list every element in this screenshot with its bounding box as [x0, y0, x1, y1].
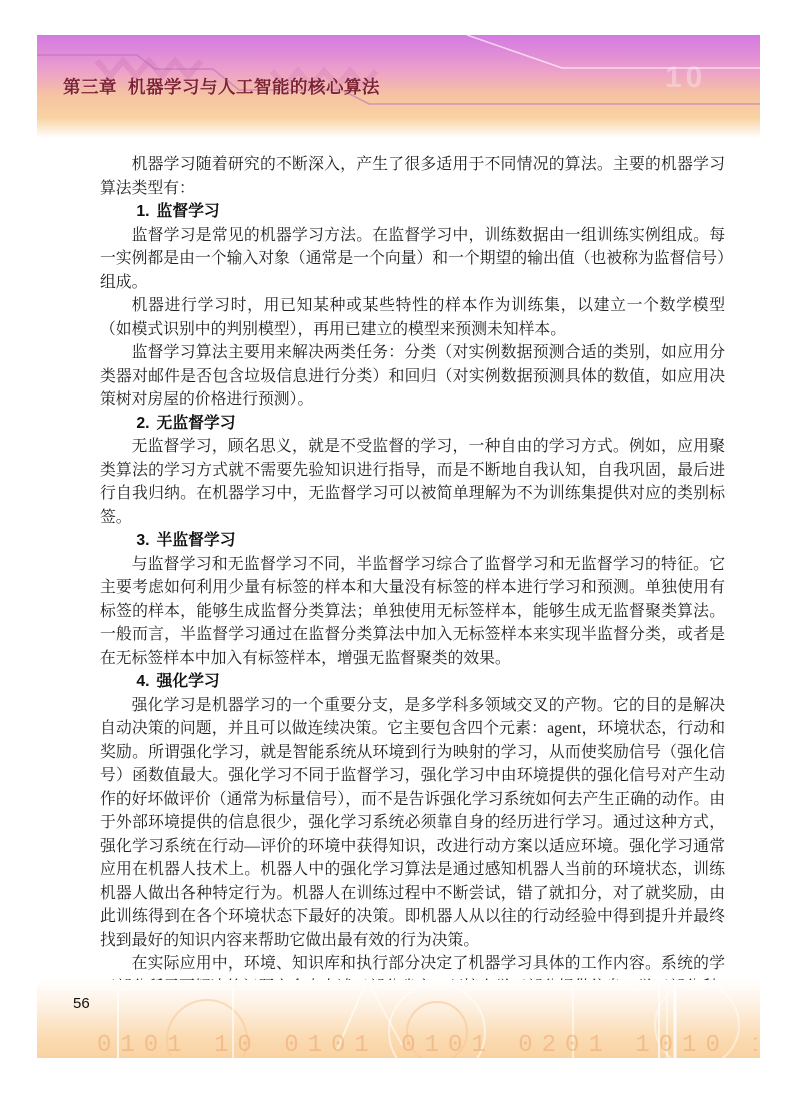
- chapter-title-row: 第三章机器学习与人工智能的核心算法: [63, 74, 380, 99]
- section-3-number: 3.: [136, 532, 149, 549]
- section-1-paragraph-1: 监督学习是常见的机器学习方法。在监督学习中，训练数据由一组训练实例组成。每一实例…: [100, 224, 725, 295]
- chapter-title: 机器学习与人工智能的核心算法: [128, 77, 380, 97]
- section-1-paragraph-3: 监督学习算法主要用来解决两类任务：分类（对实例数据预测合适的类别，如应用分类器对…: [100, 341, 725, 412]
- binary-pattern-decoration: 0101 10 0101 0101 0201 1010 1000 1: [97, 1034, 757, 1058]
- section-4-title: 强化学习: [157, 673, 220, 690]
- section-3-title: 半监督学习: [157, 532, 236, 549]
- section-2-title: 无监督学习: [157, 415, 236, 432]
- section-3-paragraph-1: 与监督学习和无监督学习不同，半监督学习综合了监督学习和无监督学习的特征。它主要考…: [100, 553, 725, 671]
- section-1-heading: 1.监督学习: [100, 200, 725, 224]
- section-2-number: 2.: [136, 415, 149, 432]
- intro-paragraph: 机器学习随着研究的不断深入，产生了很多适用于不同情况的算法。主要的机器学习算法类…: [100, 153, 725, 200]
- section-4-heading: 4.强化学习: [100, 670, 725, 694]
- book-page: 10 第三章机器学习与人工智能的核心算法 机器学习随着研究的不断深入，产生了很多…: [0, 0, 800, 1094]
- chapter-number: 第三章: [63, 77, 117, 97]
- section-4-paragraph-1: 强化学习是机器学习的一个重要分支，是多学科多领域交叉的产物。它的目的是解决自动决…: [100, 694, 725, 953]
- section-4-number: 4.: [136, 673, 149, 690]
- section-1-number: 1.: [136, 203, 149, 220]
- page-number: 56: [73, 995, 90, 1012]
- page-content: 机器学习随着研究的不断深入，产生了很多适用于不同情况的算法。主要的机器学习算法类…: [100, 153, 725, 999]
- section-1-paragraph-2: 机器进行学习时，用已知某种或某些特性的样本作为训练集，以建立一个数学模型（如模式…: [100, 294, 725, 341]
- section-3-heading: 3.半监督学习: [100, 529, 725, 553]
- section-2-paragraph-1: 无监督学习，顾名思义，就是不受监督的学习，一种自由的学习方式。例如，应用聚类算法…: [100, 435, 725, 529]
- svg-text:10: 10: [665, 61, 706, 94]
- section-1-title: 监督学习: [157, 203, 220, 220]
- chapter-header-band: 10 第三章机器学习与人工智能的核心算法: [37, 35, 760, 138]
- section-2-heading: 2.无监督学习: [100, 412, 725, 436]
- page-footer-band: 0101 10 0101 0101 0201 1010 1000 1: [37, 980, 760, 1058]
